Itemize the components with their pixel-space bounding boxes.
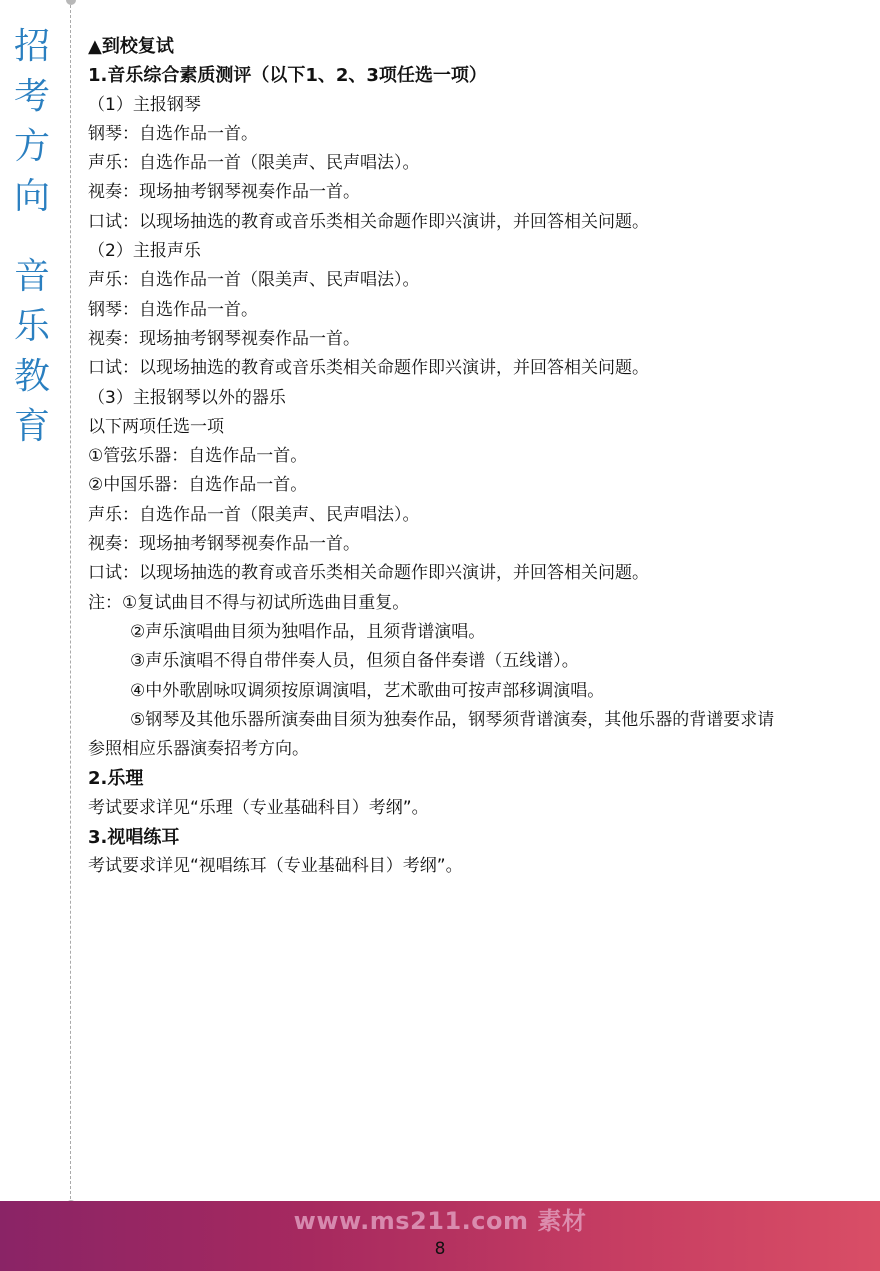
sub-1-title: （1）主报钢琴 (88, 91, 872, 120)
paragraph-line: 以下两项任选一项 (88, 413, 872, 442)
page-footer: www.ms211.com 素材 8 (0, 1201, 880, 1271)
paragraph-line: 考试要求详见“视唱练耳（专业基础科目）考纲”。 (88, 852, 872, 881)
note-line: ④中外歌剧咏叹调须按原调演唱，艺术歌曲可按声部移调演唱。 (88, 677, 872, 706)
paragraph-line: 钢琴：自选作品一首。 (88, 296, 872, 325)
title-char: 方 (10, 122, 54, 172)
section-1-title: 1.音乐综合素质测评（以下1、2、3项任选一项） (88, 61, 872, 90)
title-char: 乐 (10, 302, 54, 352)
note-line: ⑤钢琴及其他乐器所演奏曲目须为独奏作品，钢琴须背谱演奏，其他乐器的背谱要求请 (88, 706, 872, 735)
sub-2-title: （2）主报声乐 (88, 237, 872, 266)
vertical-section-title: 招 考 方 向 音 乐 教 育 (10, 22, 54, 452)
title-char: 招 (10, 22, 54, 72)
paragraph-line: 视奏：现场抽考钢琴视奏作品一首。 (88, 530, 872, 559)
dashed-divider (70, 0, 71, 1204)
paragraph-line: 视奏：现场抽考钢琴视奏作品一首。 (88, 325, 872, 354)
paragraph-line: 口试：以现场抽选的教育或音乐类相关命题作即兴演讲，并回答相关问题。 (88, 559, 872, 588)
section-3-title: 3.视唱练耳 (88, 823, 872, 852)
section-2-title: 2.乐理 (88, 764, 872, 793)
page-number: 8 (0, 1239, 880, 1259)
divider-top-dot (66, 0, 76, 5)
paragraph-line: 声乐：自选作品一首（限美声、民声唱法）。 (88, 501, 872, 530)
paragraph-line: ①管弦乐器：自选作品一首。 (88, 442, 872, 471)
watermark: www.ms211.com 素材 (0, 1201, 880, 1236)
title-char: 育 (10, 402, 54, 452)
paragraph-line: 声乐：自选作品一首（限美声、民声唱法）。 (88, 149, 872, 178)
note-line: ②声乐演唱曲目须为独唱作品，且须背谱演唱。 (88, 618, 872, 647)
note-continuation: 参照相应乐器演奏招考方向。 (88, 735, 872, 764)
paragraph-line: 钢琴：自选作品一首。 (88, 120, 872, 149)
title-char: 教 (10, 352, 54, 402)
title-char: 考 (10, 72, 54, 122)
title-char: 音 (10, 252, 54, 302)
sub-3-title: （3）主报钢琴以外的器乐 (88, 384, 872, 413)
note-line: 注：①复试曲目不得与初试所选曲目重复。 (88, 589, 872, 618)
paragraph-line: 考试要求详见“乐理（专业基础科目）考纲”。 (88, 794, 872, 823)
paragraph-line: ②中国乐器：自选作品一首。 (88, 471, 872, 500)
paragraph-line: 声乐：自选作品一首（限美声、民声唱法）。 (88, 266, 872, 295)
paragraph-line: 口试：以现场抽选的教育或音乐类相关命题作即兴演讲，并回答相关问题。 (88, 354, 872, 383)
heading: ▲到校复试 (88, 32, 872, 61)
paragraph-line: 视奏：现场抽考钢琴视奏作品一首。 (88, 178, 872, 207)
title-gap (10, 222, 54, 252)
title-char: 向 (10, 172, 54, 222)
paragraph-line: 口试：以现场抽选的教育或音乐类相关命题作即兴演讲，并回答相关问题。 (88, 208, 872, 237)
note-line: ③声乐演唱不得自带伴奏人员，但须自备伴奏谱（五线谱）。 (88, 647, 872, 676)
document-body: ▲到校复试 1.音乐综合素质测评（以下1、2、3项任选一项） （1）主报钢琴 钢… (88, 32, 872, 882)
